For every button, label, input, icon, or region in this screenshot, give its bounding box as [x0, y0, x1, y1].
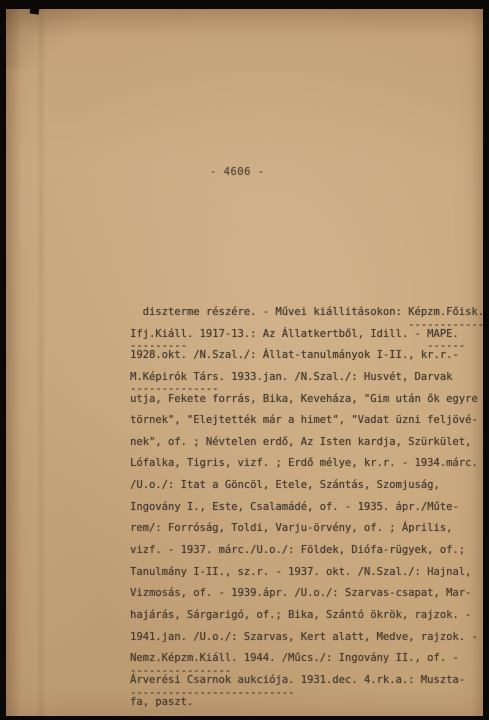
text-line: törnek", "Elejtették már a himet", "Vada…	[130, 413, 484, 435]
typed-underline: --------------------------	[130, 688, 294, 698]
corner-shade	[6, 9, 96, 69]
typed-underline: ------	[427, 341, 465, 351]
text-line: Vizmosás, of. - 1939.ápr. /U.o./: Szarva…	[130, 586, 484, 608]
text-line: vizf. - 1937. márc./U.o./: Földek, Diófa…	[130, 543, 484, 565]
text-line: nek", of. ; Névtelen erdő, Az Isten kard…	[130, 435, 484, 457]
typed-underline: ---------	[130, 341, 187, 351]
text-line: rem/: Forróság, Toldi, Varju-örvény, of.…	[130, 521, 484, 543]
text-line: 1941.jan. /U.o./: Szarvas, Kert alatt, M…	[130, 630, 484, 652]
scan-edge-notch	[30, 6, 40, 14]
text-line: /U.o./: Itat a Göncöl, Etele, Szántás, S…	[130, 478, 484, 500]
typed-underline: ------------	[408, 320, 484, 330]
typed-underline: ----------------	[130, 666, 231, 676]
typescript-block: diszterme részére. - Művei kiállitásokon…	[130, 305, 484, 716]
page-number: - 4606 -	[210, 166, 265, 178]
paper-crease	[36, 9, 46, 716]
typed-underline: --------------	[130, 384, 219, 394]
text-line: hajárás, Sárgarigó, of.; Bika, Szántó ök…	[130, 608, 484, 630]
paper-sheet: - 4606 - diszterme részére. - Művei kiál…	[6, 9, 483, 716]
text-line: Ingovány I., Este, Csalamádé, of. - 1935…	[130, 500, 484, 522]
text-line: Tanulmány I-II., sz.r. - 1937. okt. /N.S…	[130, 565, 484, 587]
text-line: Lófalka, Tigris, vizf. ; Erdő mélye, kr.…	[130, 456, 484, 478]
scanned-page: - 4606 - diszterme részére. - Művei kiál…	[0, 0, 489, 720]
